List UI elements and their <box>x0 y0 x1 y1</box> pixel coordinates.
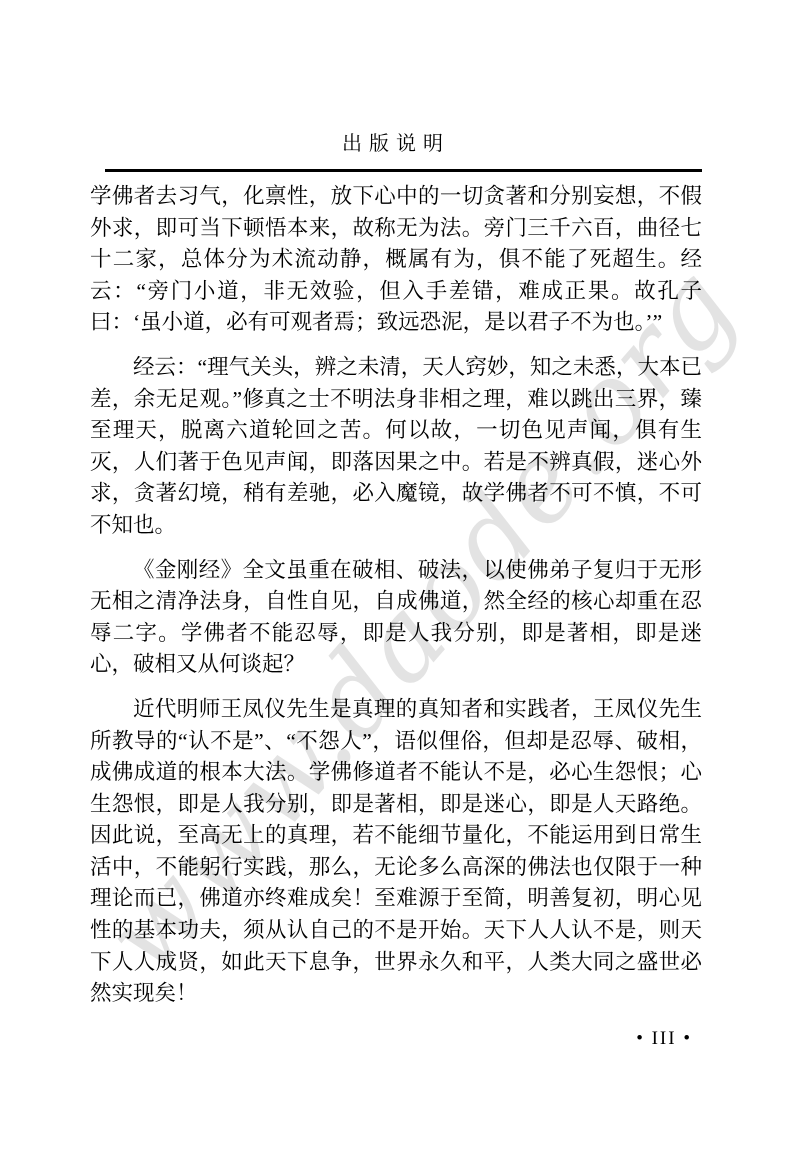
text-block: 出版说明 学佛者去习气，化禀性，放下心中的一切贪著和分别妄想，不假外求，即可当下… <box>0 130 794 1050</box>
page-title: 出版说明 <box>90 130 702 158</box>
header-rule <box>105 169 702 172</box>
page-number: • III • <box>90 1028 702 1050</box>
body-paragraph: 近代明师王凤仪先生是真理的真知者和实践者，王凤仪先生所教导的“认不是”、“不怨人… <box>90 694 702 1010</box>
document-page: www.daode.org 出版说明 学佛者去习气，化禀性，放下心中的一切贪著和… <box>0 0 794 1149</box>
body-paragraph: 学佛者去习气，化禀性，放下心中的一切贪著和分别妄想，不假外求，即可当下顿悟本来，… <box>90 181 702 339</box>
body-paragraph: 《金刚经》全文虽重在破相、破法，以使佛弟子复归于无形无相之清净法身，自性自见，自… <box>90 555 702 681</box>
body-paragraph: 经云：“理气关头，辨之未清，天人窍妙，知之未悉，大本已差，余无足观。”修真之士不… <box>90 352 702 542</box>
body-text: 学佛者去习气，化禀性，放下心中的一切贪著和分别妄想，不假外求，即可当下顿悟本来，… <box>90 181 702 1010</box>
